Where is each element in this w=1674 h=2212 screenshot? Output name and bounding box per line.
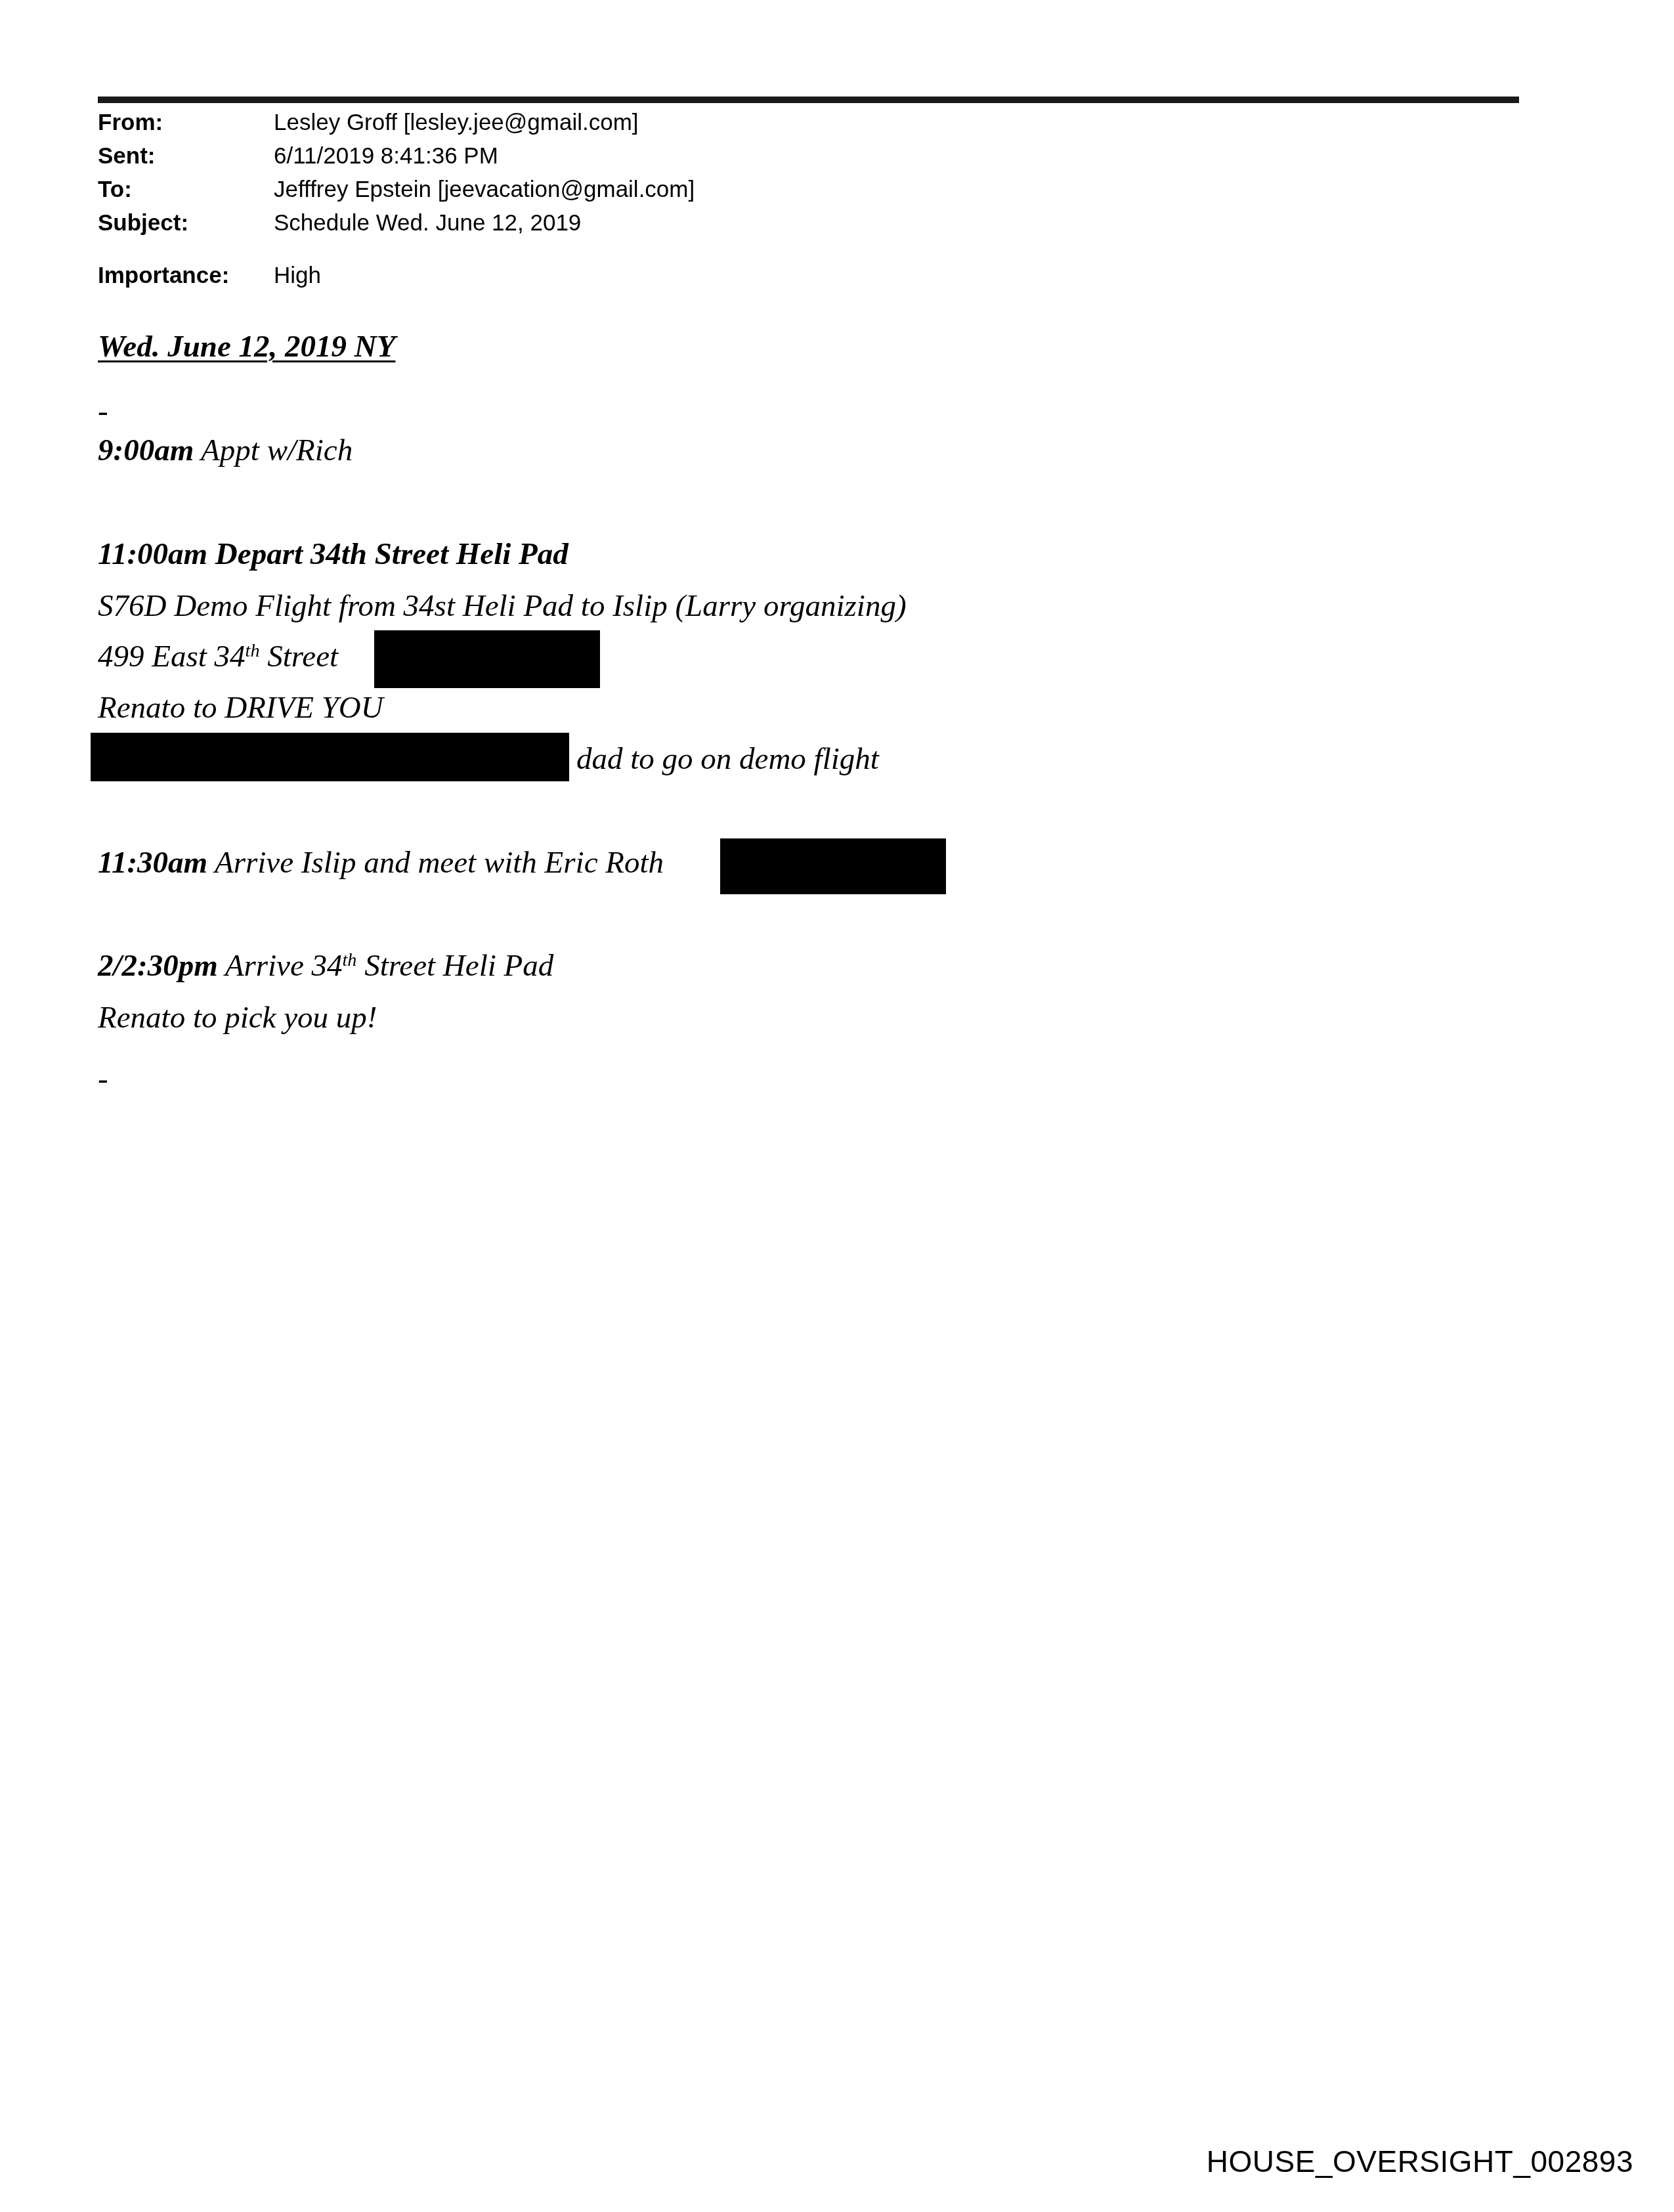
dash-top: - [98, 393, 108, 429]
item-9am: 9:00am Appt w/Rich [98, 432, 353, 469]
text-230pm-sup: th [343, 950, 357, 970]
pickup-line: Renato to pick you up! [98, 999, 377, 1036]
address-line: 499 East 34th Street [98, 638, 338, 675]
item-230pm: 2/2:30pm Arrive 34th Street Heli Pad [98, 947, 553, 984]
text-230pm-b: Street Heli Pad [356, 949, 553, 983]
demo-flight-line: S76D Demo Flight from 34st Heli Pad to I… [98, 588, 907, 624]
importance-value: High [274, 262, 321, 290]
sent-label: Sent: [98, 142, 274, 170]
subject-value: Schedule Wed. June 12, 2019 [274, 209, 581, 237]
dad-demo-line: dad to go on demo flight [576, 741, 879, 777]
schedule-heading: Wed. June 12, 2019 NY [98, 328, 395, 365]
to-label: To: [98, 176, 274, 204]
subject-label: Subject: [98, 209, 274, 237]
address-part-b: Street [260, 640, 339, 674]
address-part-a: 499 East 34 [98, 640, 246, 674]
from-value: Lesley Groff [lesley.jee@gmail.com] [274, 109, 639, 137]
dash-bottom: - [98, 1060, 108, 1097]
from-row: From:Lesley Groff [lesley.jee@gmail.com] [98, 109, 639, 137]
importance-row: Importance:High [98, 262, 321, 290]
time-1130am: 11:30am [98, 846, 207, 880]
redaction-box-1 [374, 630, 600, 688]
time-230pm: 2/2:30pm [98, 949, 218, 983]
driver-line: Renato to DRIVE YOU [98, 689, 383, 726]
redaction-box-3 [720, 838, 946, 894]
item-1130am: 11:30am Arrive Islip and meet with Eric … [98, 844, 664, 881]
text-9am: Appt w/Rich [194, 433, 353, 467]
importance-label: Importance: [98, 262, 274, 290]
bates-number: HOUSE_OVERSIGHT_002893 [1207, 2144, 1633, 2179]
address-sup: th [246, 641, 260, 661]
header-rule [98, 97, 1519, 103]
time-9am: 9:00am [98, 433, 194, 467]
subject-row: Subject:Schedule Wed. June 12, 2019 [98, 209, 581, 237]
item-11am-depart: 11:00am Depart 34th Street Heli Pad [98, 536, 569, 573]
sent-row: Sent:6/11/2019 8:41:36 PM [98, 142, 498, 170]
sent-value: 6/11/2019 8:41:36 PM [274, 142, 498, 170]
from-label: From: [98, 109, 274, 137]
redaction-box-2 [91, 733, 569, 781]
to-value: Jefffrey Epstein [jeevacation@gmail.com] [274, 176, 695, 204]
to-row: To:Jefffrey Epstein [jeevacation@gmail.c… [98, 176, 695, 204]
text-230pm-a: Arrive 34 [218, 949, 343, 983]
text-1130am: Arrive Islip and meet with Eric Roth [207, 846, 664, 880]
